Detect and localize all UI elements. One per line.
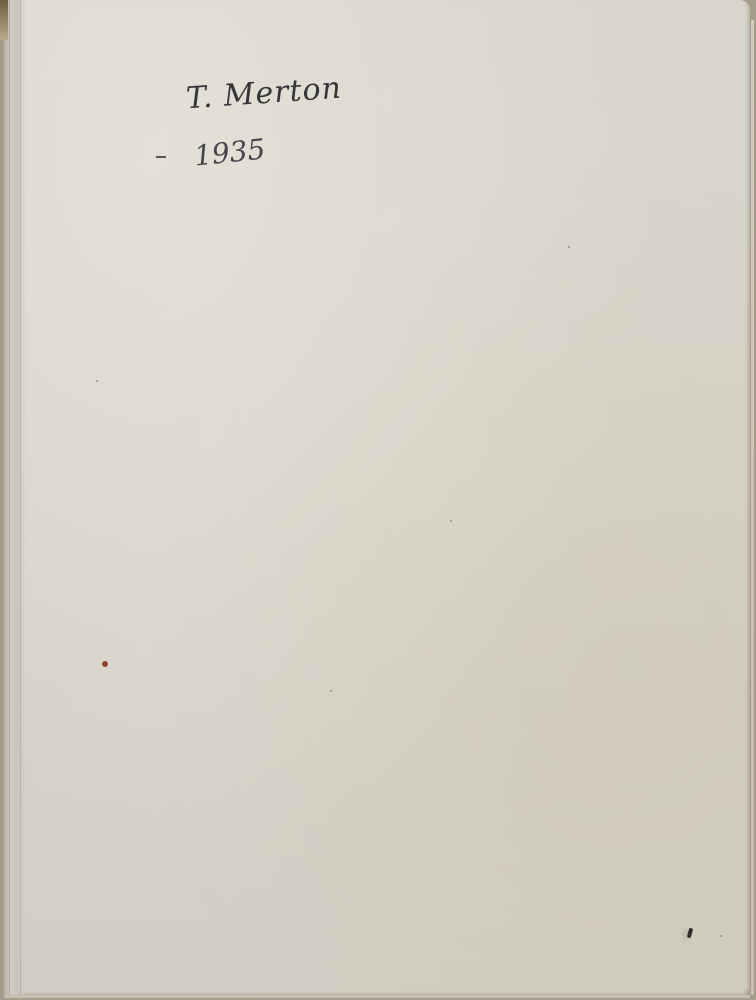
paper-speck — [330, 690, 332, 692]
inscription-dash — [156, 156, 166, 158]
gutter-fold-line — [9, 0, 10, 996]
page-bottom-edge — [4, 995, 750, 998]
paper-speck — [568, 246, 570, 248]
paper-speck — [450, 520, 452, 522]
endpaper-page — [4, 0, 750, 996]
gutter-fold-line-inner — [20, 0, 21, 996]
worn-corner — [0, 0, 8, 40]
foxing-spot — [102, 661, 108, 667]
paper-speck — [720, 935, 722, 937]
page-right-edge — [751, 20, 754, 995]
paper-speck — [96, 380, 98, 382]
spine-gutter — [4, 0, 26, 996]
book-endpaper-photo: T. Merton 1935 — [0, 0, 756, 1000]
